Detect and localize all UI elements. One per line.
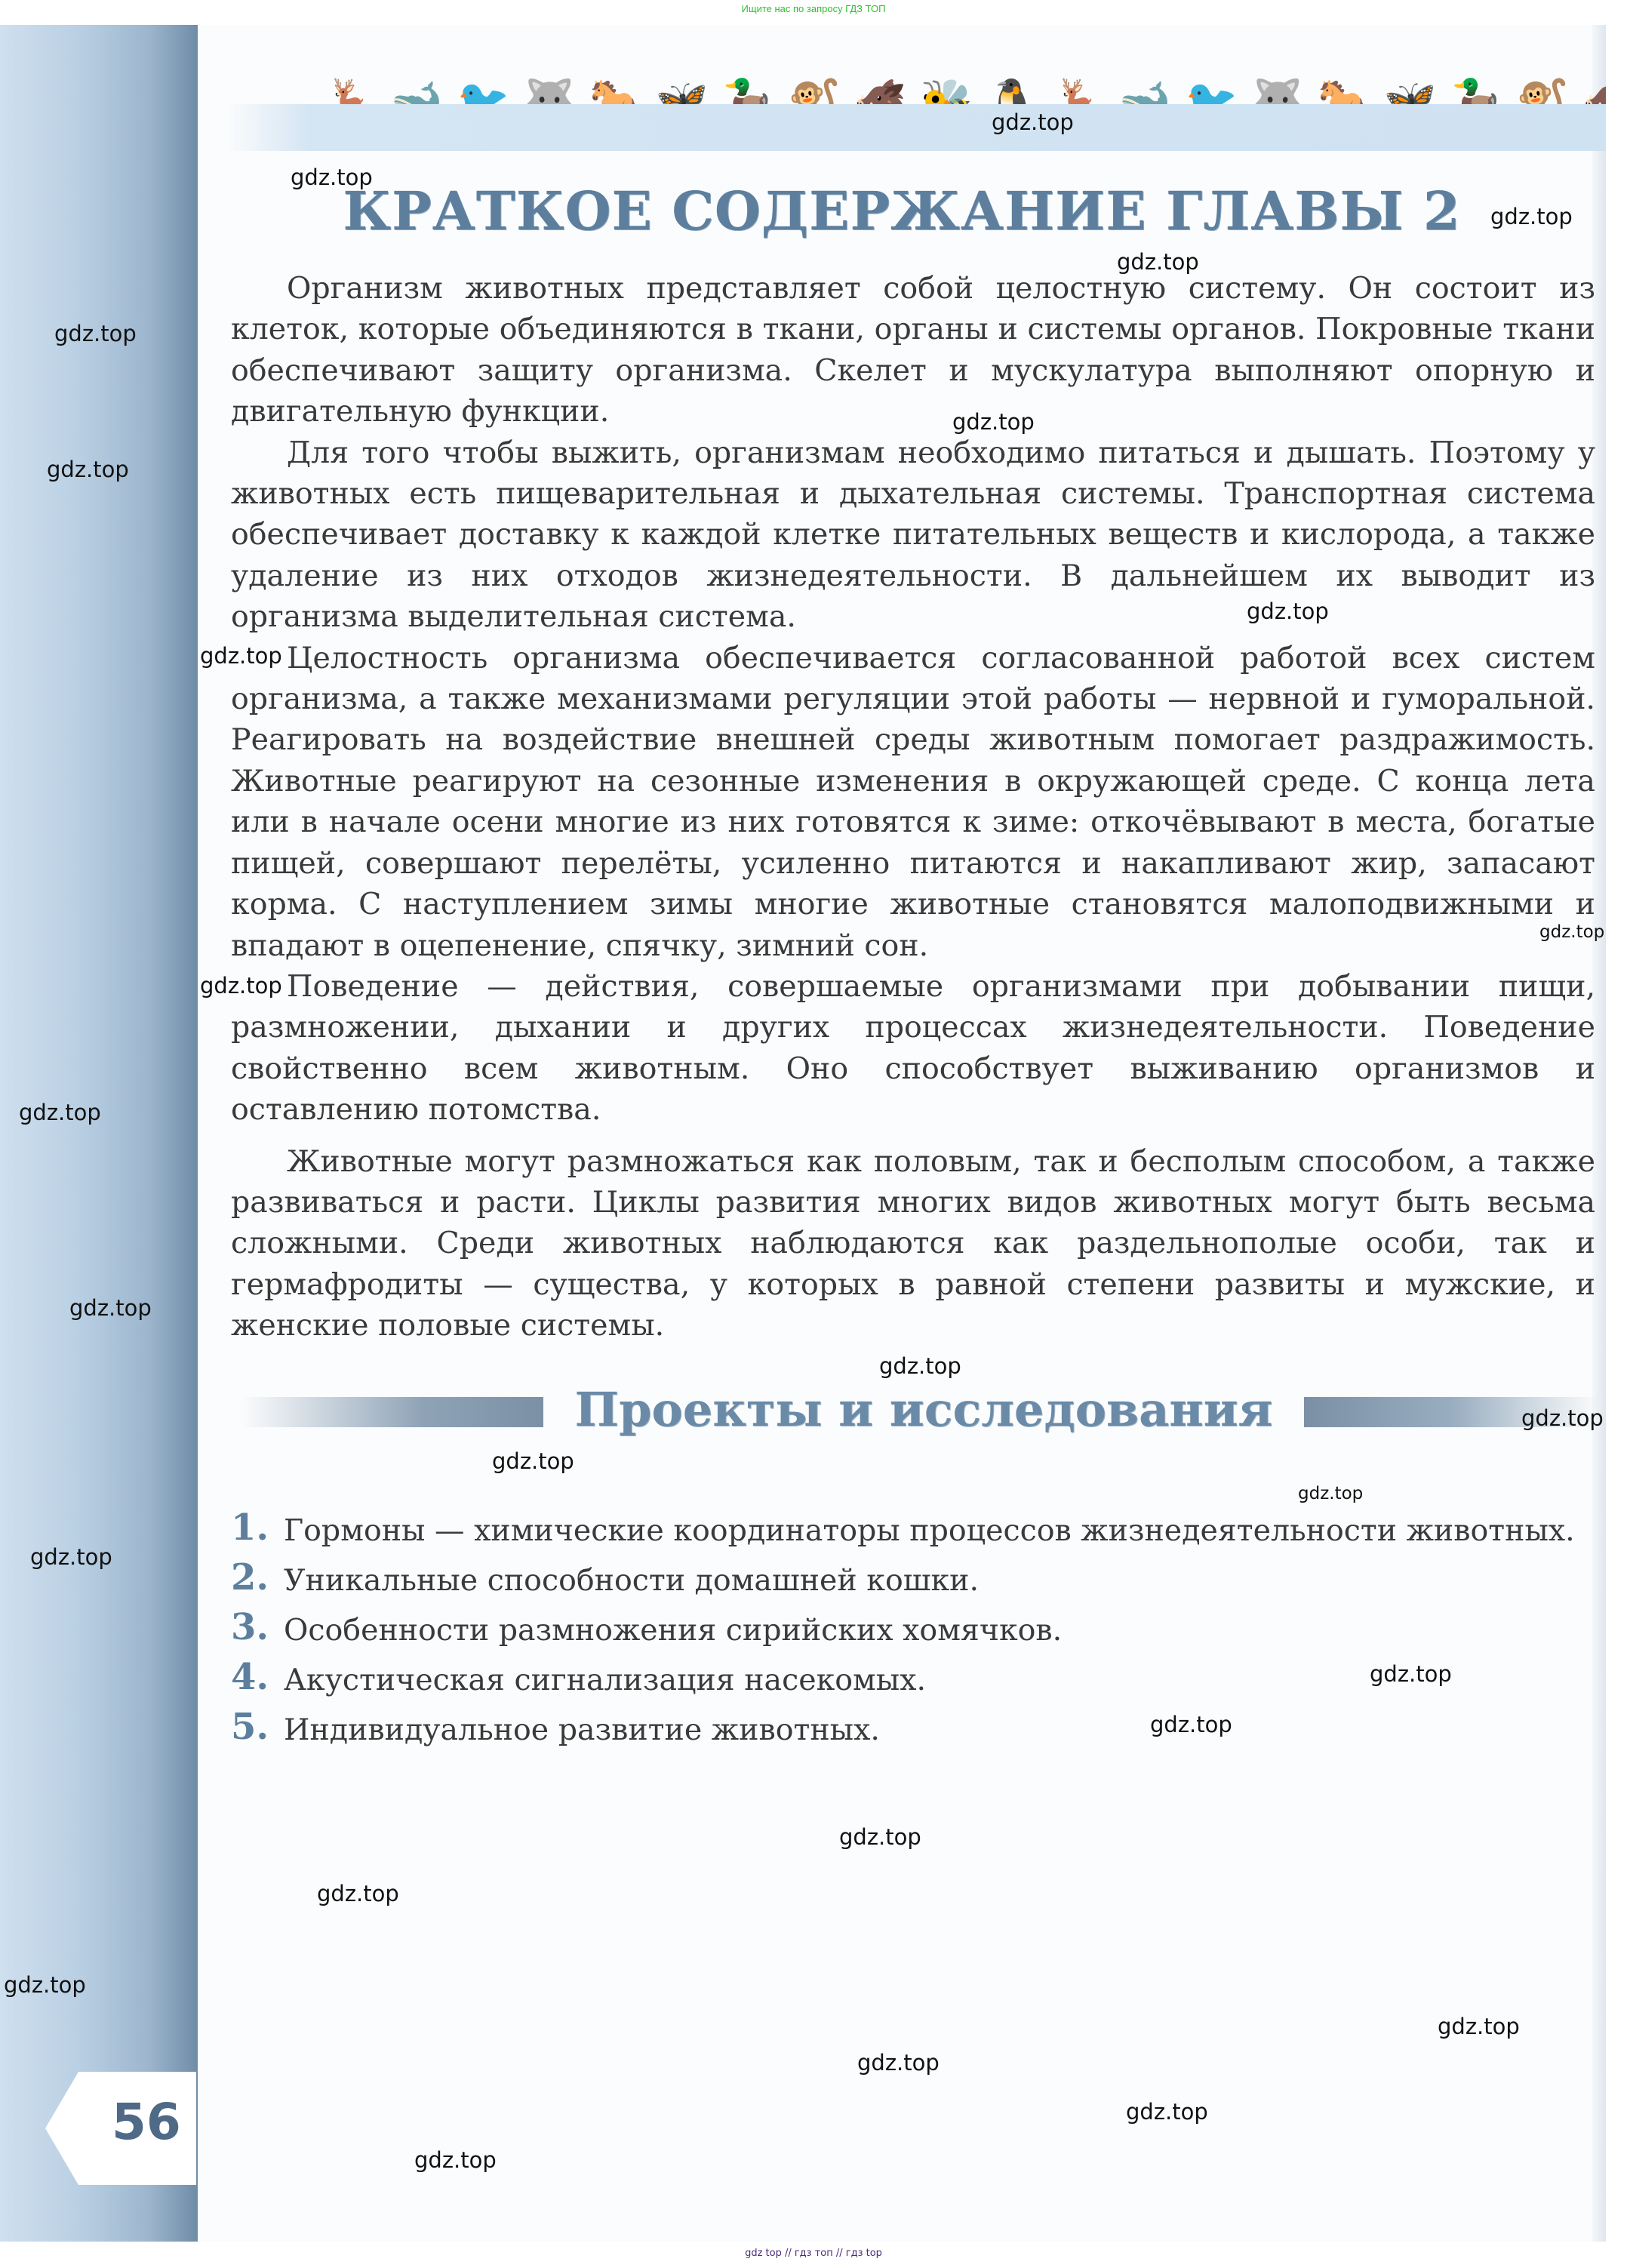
- watermark: gdz.top: [414, 2147, 497, 2173]
- footer-watermark: gdz top // гдз топ // гдз top: [0, 2248, 1627, 2259]
- textbook-page: 🦌 🐋 🐦 🐺 🐎 🦋 🦆 🐒 🐗 🐝 🐧 🦌 🐋 🐦 🐺 🐎 🦋 🦆 🐒 🐗 …: [0, 25, 1606, 2242]
- watermark: gdz.top: [1150, 1712, 1232, 1737]
- paragraph-behavior: Поведение — действия, совершаемые органи…: [231, 966, 1595, 1131]
- chapter-title: КРАТКОЕ СОДЕРЖАНИЕ ГЛАВЫ 2: [198, 180, 1606, 242]
- watermark: gdz.top: [317, 1881, 399, 1906]
- binding-strip: [0, 25, 198, 2242]
- projects-list: 1. Гормоны — химические координаторы про…: [231, 1510, 1595, 1759]
- decorative-bar-left: [241, 1397, 543, 1427]
- project-item: 1. Гормоны — химические координаторы про…: [231, 1510, 1595, 1551]
- watermark: gdz.top: [4, 1972, 86, 1998]
- watermark: gdz.top: [857, 2050, 940, 2076]
- project-number: 3.: [231, 1607, 269, 1648]
- watermark: gdz.top: [1438, 2014, 1520, 2039]
- watermark: gdz.top: [200, 643, 282, 669]
- watermark: gdz.top: [200, 973, 282, 999]
- watermark: gdz.top: [19, 1100, 101, 1125]
- watermark: gdz.top: [1490, 204, 1573, 229]
- watermark: gdz.top: [30, 1544, 112, 1570]
- paragraph-systems: Для того чтобы выжить, организмам необхо…: [231, 432, 1595, 638]
- project-item: 3. Особенности размножения сирийских хом…: [231, 1610, 1595, 1651]
- page-number: 56: [112, 2093, 181, 2151]
- running-header-band: [226, 104, 1606, 151]
- watermark: gdz.top: [54, 321, 137, 346]
- project-item: 2. Уникальные способности домашней кошки…: [231, 1560, 1595, 1601]
- project-text: Особенности размножения сирийских хомячк…: [284, 1613, 1062, 1648]
- watermark: gdz.top: [1126, 2099, 1208, 2125]
- watermark: gdz.top: [47, 457, 129, 482]
- watermark: gdz.top: [992, 109, 1074, 135]
- paragraph-regulation: Целостность организма обеспечивается сог…: [231, 638, 1595, 966]
- projects-heading: Проекты и исследования: [543, 1376, 1304, 1444]
- project-text: Индивидуальное развитие животных.: [284, 1713, 880, 1747]
- watermark: gdz.top: [952, 409, 1035, 435]
- project-number: 1.: [231, 1507, 269, 1548]
- projects-section-header: Проекты и исследования: [241, 1376, 1606, 1444]
- project-number: 2.: [231, 1557, 269, 1598]
- watermark: gdz.top: [1247, 599, 1329, 624]
- watermark: gdz.top: [69, 1295, 152, 1321]
- project-text: Уникальные способности домашней кошки.: [284, 1563, 979, 1598]
- paragraph-reproduction: Животные могут размножаться как половым,…: [231, 1141, 1595, 1346]
- watermark: gdz.top: [879, 1353, 961, 1379]
- watermark: gdz.top: [291, 165, 373, 190]
- watermark: gdz.top: [1117, 249, 1199, 275]
- watermark: gdz.top: [1521, 1405, 1604, 1431]
- watermark: gdz.top: [1539, 922, 1604, 942]
- project-number: 5.: [231, 1706, 269, 1747]
- project-text: Акустическая сигнализация насекомых.: [284, 1663, 926, 1697]
- top-banner: Ищите нас по запросу ГДЗ ТОП: [0, 3, 1627, 14]
- paragraph-structure: Организм животных представляет собой цел…: [231, 268, 1595, 432]
- project-number: 4.: [231, 1657, 269, 1697]
- watermark: gdz.top: [492, 1448, 574, 1474]
- watermark: gdz.top: [1298, 1484, 1363, 1503]
- watermark: gdz.top: [839, 1824, 921, 1850]
- summary-text: Организм животных представляет собой цел…: [231, 268, 1595, 1346]
- project-item: 5. Индивидуальное развитие животных.: [231, 1709, 1595, 1750]
- project-text: Гормоны — химические координаторы процес…: [284, 1513, 1575, 1548]
- watermark: gdz.top: [1370, 1661, 1452, 1687]
